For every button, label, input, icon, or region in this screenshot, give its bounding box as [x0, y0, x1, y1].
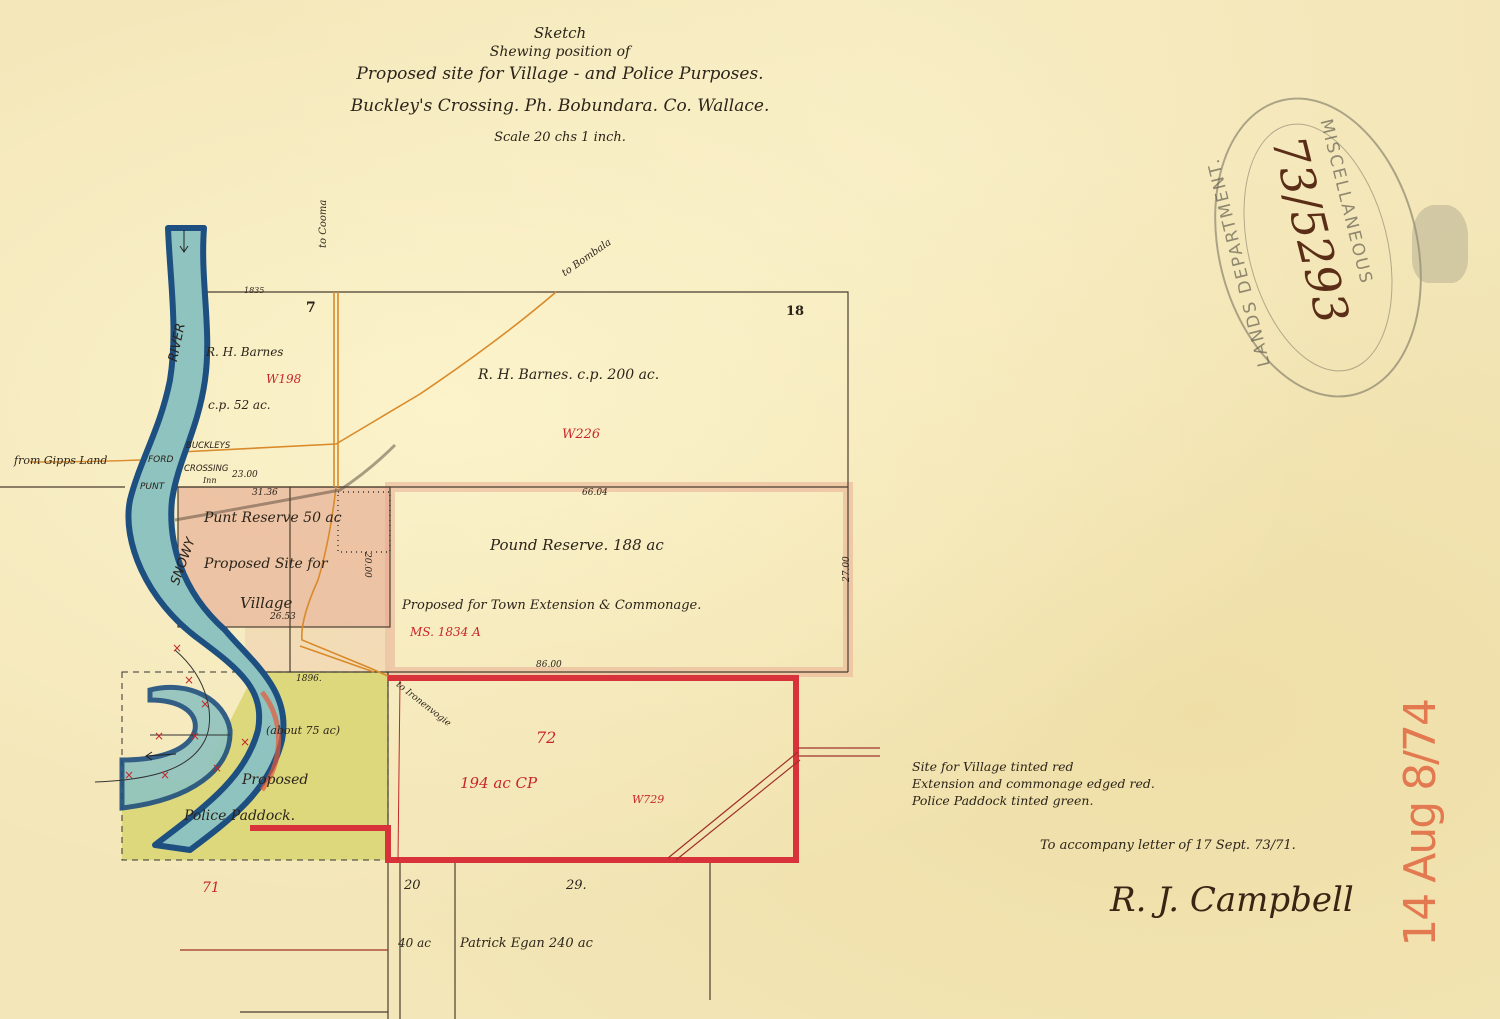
- parcel-18-ref: W226: [562, 427, 600, 442]
- pound-reserve-label: Pound Reserve. 188 ac: [490, 536, 664, 554]
- parcel-20-number: 20: [404, 878, 421, 893]
- svg-text:×: ×: [200, 697, 210, 711]
- svg-text:×: ×: [160, 768, 170, 782]
- pound-reserve-ref: MS. 1834 A: [410, 625, 481, 639]
- parcel-72-number: 72: [536, 728, 556, 747]
- svg-text:×: ×: [212, 761, 222, 775]
- police-paddock-label-line1: Proposed: [242, 772, 308, 788]
- legend-line-extension: Extension and commonage edged red.: [912, 775, 1155, 792]
- parcel-7-year: 1835: [244, 286, 264, 295]
- dim-8600: 86.00: [536, 660, 562, 670]
- parcel-72-area: 194 ac CP: [460, 774, 537, 792]
- label-to-cooma: to Cooma: [318, 200, 329, 248]
- parcel-7-owner: R. H. Barnes: [206, 345, 283, 359]
- parcel-72-ref: W729: [632, 793, 664, 806]
- title-scale: Scale 20 chs 1 inch.: [300, 130, 820, 145]
- pound-reserve-sublabel: Proposed for Town Extension & Commonage.: [402, 598, 701, 613]
- svg-text:×: ×: [190, 729, 200, 743]
- accompany-note: To accompany letter of 17 Sept. 73/71.: [1040, 838, 1296, 853]
- parcel-7-number: 7: [306, 300, 316, 316]
- label-punt: PUNT: [140, 482, 164, 492]
- map-legend: Site for Village tinted red Extension an…: [912, 758, 1155, 809]
- title-purpose: Proposed site for Village - and Police P…: [300, 64, 820, 84]
- parcel-7-ref: W198: [266, 372, 301, 386]
- legend-line-village: Site for Village tinted red: [912, 758, 1155, 775]
- legend-line-police: Police Paddock tinted green.: [912, 792, 1155, 809]
- signature: R. J. Campbell: [1110, 880, 1354, 920]
- label-buckleys: BUCKLEYS: [186, 441, 230, 451]
- svg-text:×: ×: [172, 641, 182, 655]
- parcel-71-number: 71: [202, 880, 220, 896]
- village-label-line2: Village: [240, 594, 292, 612]
- parcel-7-area: c.p. 52 ac.: [208, 398, 271, 412]
- title-sketch: Sketch: [300, 24, 820, 42]
- svg-text:×: ×: [184, 673, 194, 687]
- dim-1896: 1896.: [296, 674, 322, 684]
- label-ford: FORD: [148, 455, 173, 465]
- pencil-annotation: 14 Aug 8/74: [1395, 700, 1446, 947]
- parcel-18-number: 18: [786, 304, 804, 319]
- dim-3136: 31.36: [252, 488, 278, 498]
- title-block: Sketch Shewing position of Proposed site…: [300, 24, 820, 145]
- svg-text:×: ×: [154, 729, 164, 743]
- title-location: Buckley's Crossing. Ph. Bobundara. Co. W…: [300, 96, 820, 116]
- svg-text:×: ×: [240, 735, 250, 749]
- label-inn: Inn: [203, 476, 216, 485]
- village-label-line1: Proposed Site for: [204, 556, 328, 572]
- crown-icon: [1412, 205, 1468, 283]
- parcel-29-owner: Patrick Egan 240 ac: [460, 936, 593, 951]
- dim-6604: 66.04: [582, 488, 608, 498]
- dim-2000: 20.00: [362, 552, 372, 578]
- svg-text:×: ×: [124, 768, 134, 782]
- police-paddock-label-line2: Police Paddock.: [184, 808, 295, 824]
- police-paddock-area: (about 75 ac): [266, 724, 340, 737]
- parcel-29-number: 29.: [566, 878, 587, 893]
- parcel-18-owner: R. H. Barnes. c.p. 200 ac.: [478, 367, 659, 383]
- label-from-gippsland: from Gipps Land: [14, 454, 107, 467]
- dim-2300: 23.00: [232, 470, 258, 480]
- parcel-20-area: 40 ac: [398, 936, 431, 950]
- punt-reserve-label: Punt Reserve 50 ac: [204, 510, 342, 526]
- dim-2700: 27.00: [842, 556, 852, 582]
- title-shewing: Shewing position of: [300, 44, 820, 60]
- label-crossing: CROSSING: [184, 464, 228, 474]
- dim-2653: 26.53: [270, 612, 296, 622]
